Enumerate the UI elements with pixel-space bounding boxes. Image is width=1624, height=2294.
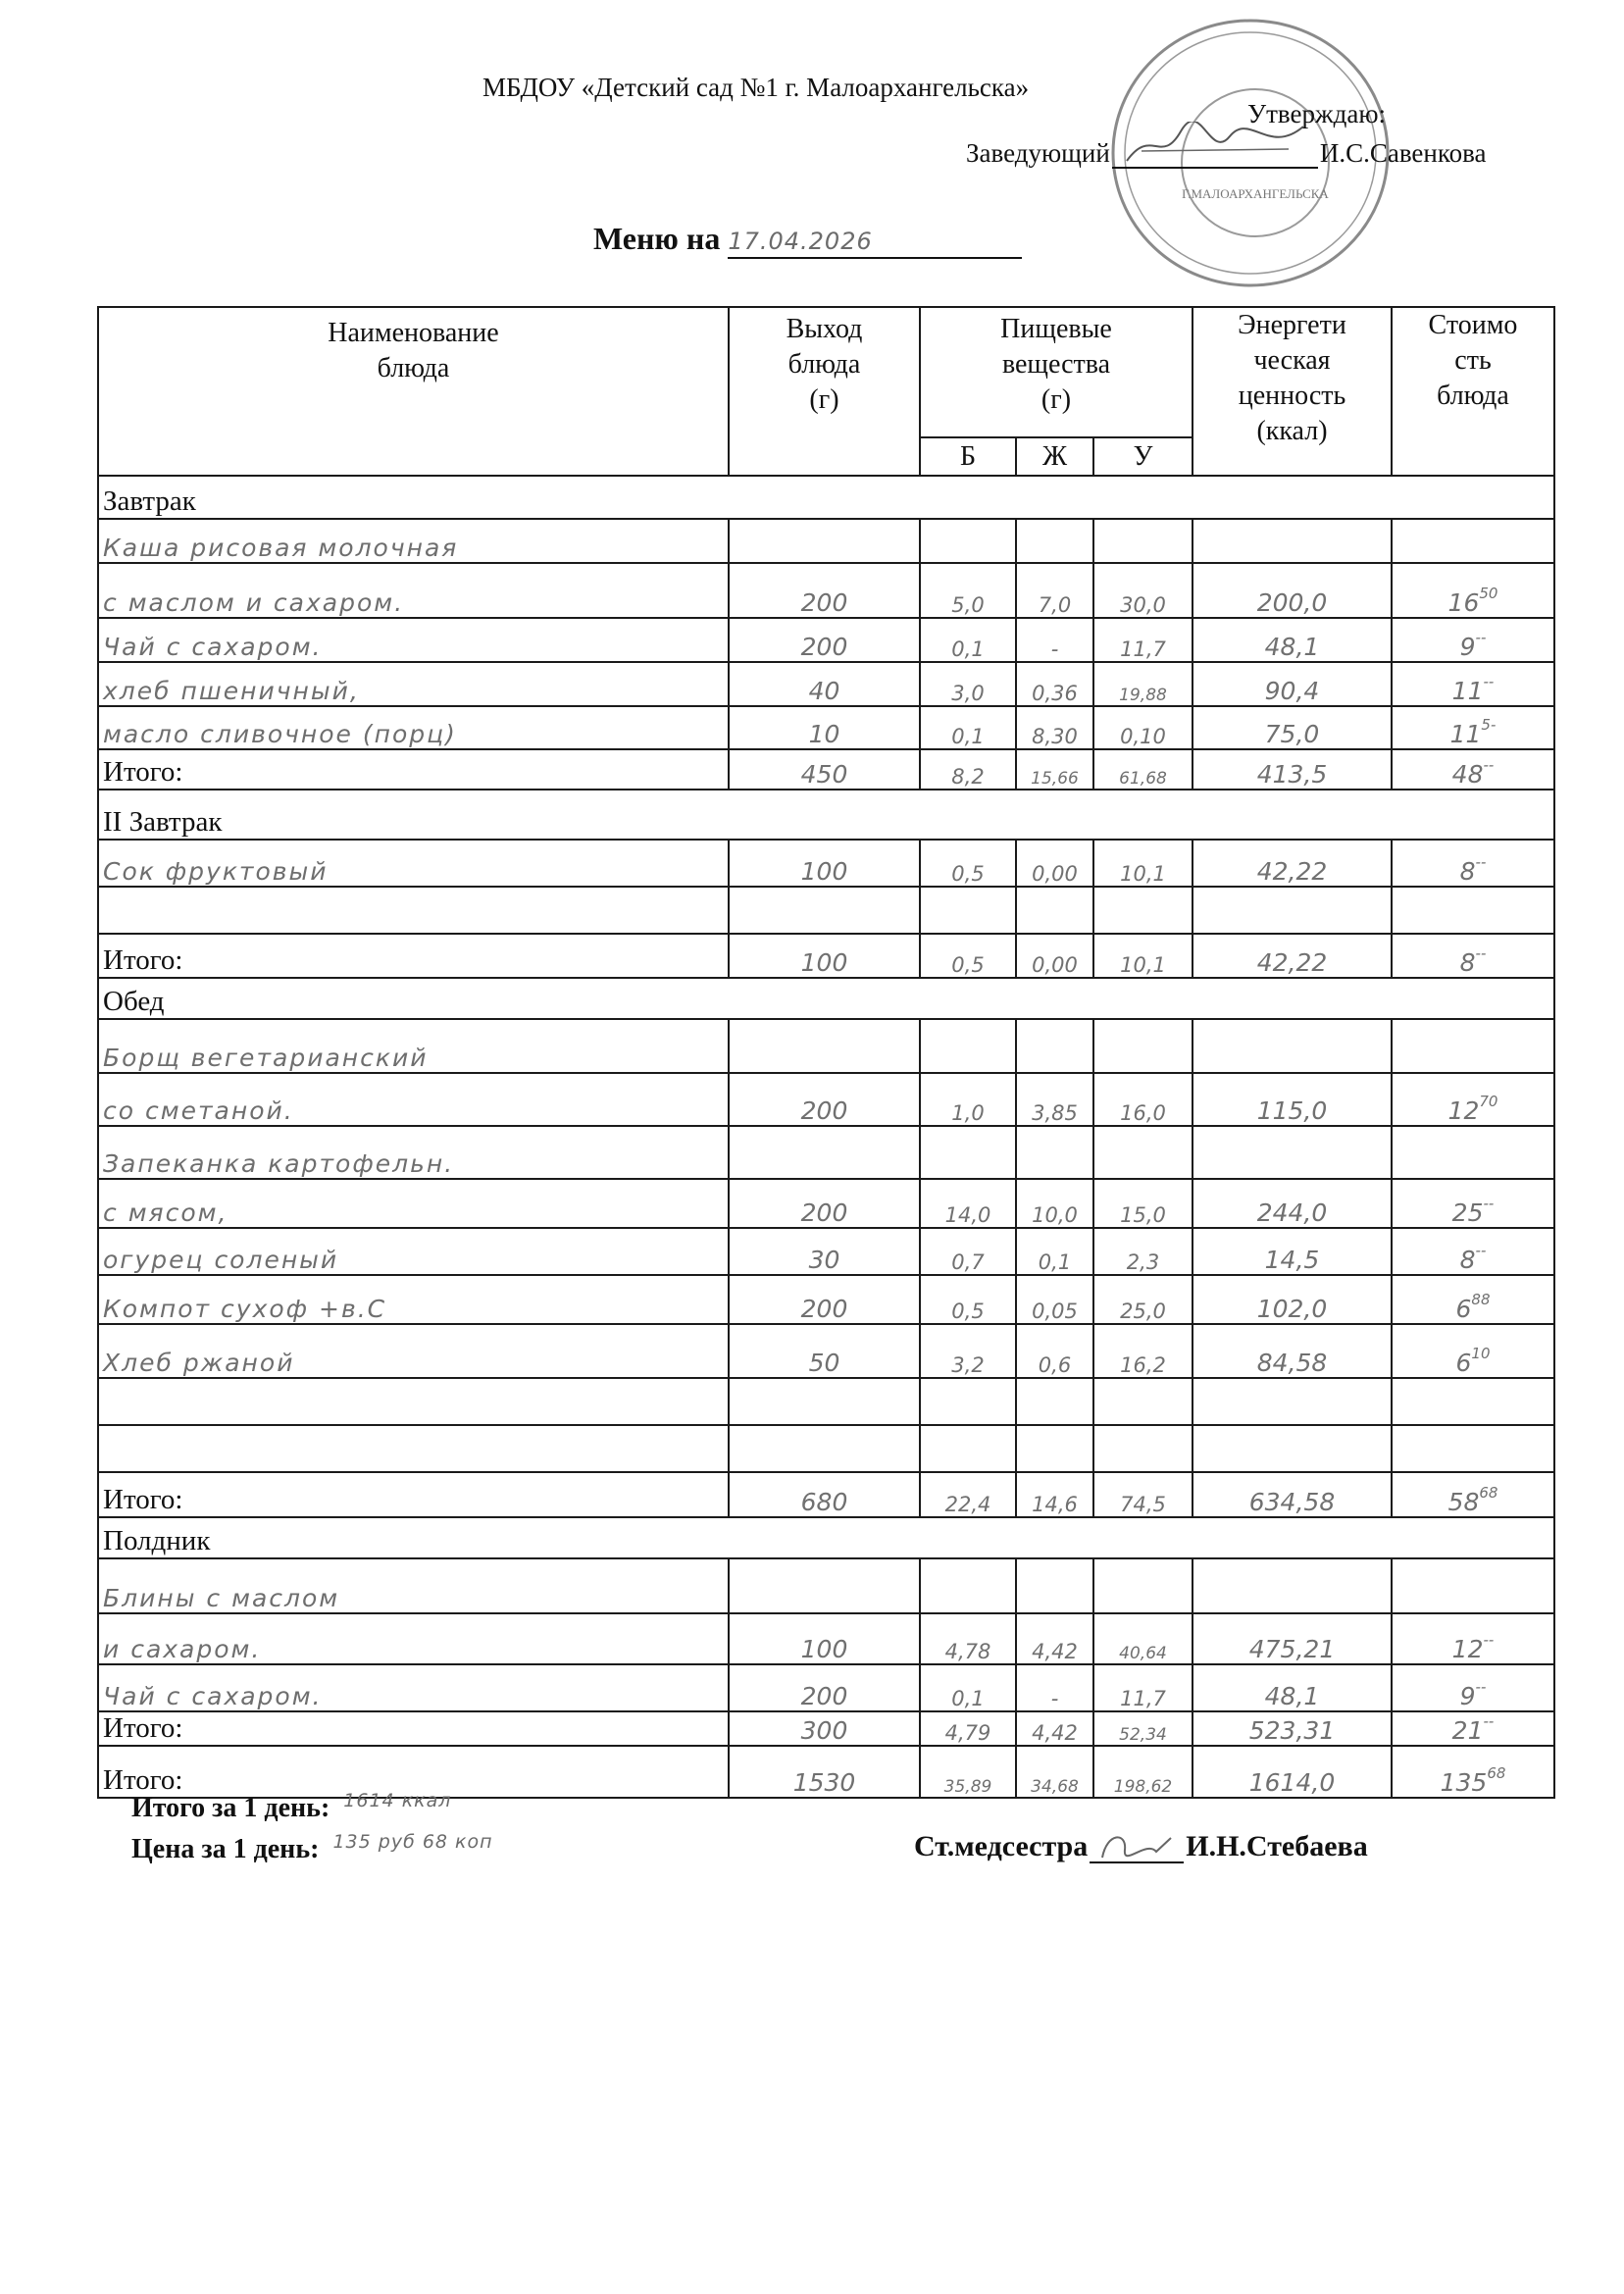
cell-carbs [1093,1019,1193,1073]
cell-yield: 10 [729,706,920,749]
cell-protein: 0,5 [920,934,1016,978]
dish-name: Каша рисовая молочная [98,519,729,563]
cell-cost: 21-- [1392,1711,1554,1746]
cell-yield: 40 [729,662,920,706]
total-label: Итого: [98,1711,729,1746]
cell-cost: 48-- [1392,749,1554,790]
cell-cost [1392,1019,1554,1073]
cell-carbs [1093,887,1193,934]
dish-name: Чай с сахаром. [98,1664,729,1711]
cell-protein: 0,1 [920,618,1016,662]
cell-fat: 3,85 [1016,1073,1093,1126]
cell-energy: 1614,0 [1193,1746,1392,1798]
cell-energy [1193,1126,1392,1179]
cell-energy: 115,0 [1193,1073,1392,1126]
cell-fat: 0,36 [1016,662,1093,706]
total-label: Итого: [98,749,729,790]
dish-name: хлеб пшеничный, [98,662,729,706]
cell-cost [1392,1558,1554,1613]
cell-cost: 115- [1392,706,1554,749]
cell-protein: 4,78 [920,1613,1016,1664]
cell-cost: 9-- [1392,1664,1554,1711]
table-row: Чай с сахаром.2000,1-11,748,19-- [98,618,1554,662]
section-title: Завтрак [98,476,1554,519]
cell-cost: 8-- [1392,840,1554,887]
cell-energy [1193,887,1392,934]
cell-fat: 7,0 [1016,563,1093,618]
cell-yield: 1530 [729,1746,920,1798]
cell-yield [729,519,920,563]
section-title: II Завтрак [98,790,1554,840]
cell-carbs: 61,68 [1093,749,1193,790]
cell-yield: 200 [729,618,920,662]
svg-text:Г.МАЛОАРХАНГЕЛЬСКА: Г.МАЛОАРХАНГЕЛЬСКА [1182,186,1329,201]
cell-fat: - [1016,1664,1093,1711]
header-protein: Б [920,437,1016,476]
table-row: и сахаром.1004,784,4240,64475,2112-- [98,1613,1554,1664]
day-total: Итого за 1 день:1614 ккал [131,1793,451,1824]
cell-cost: 5868 [1392,1472,1554,1517]
cell-energy: 42,22 [1193,934,1392,978]
cell-protein: 0,5 [920,1275,1016,1324]
grand-total-row: Итого:153035,8934,68198,621614,013568 [98,1746,1554,1798]
cell-energy [1193,1425,1392,1472]
cell-energy: 413,5 [1193,749,1392,790]
cell-protein: 5,0 [920,563,1016,618]
section-header-row: Завтрак [98,476,1554,519]
table-row: с маслом и сахаром.2005,07,030,0200,0165… [98,563,1554,618]
day-price-label: Цена за 1 день: [131,1834,319,1864]
cell-fat: 34,68 [1016,1746,1093,1798]
cell-energy: 48,1 [1193,1664,1392,1711]
cell-energy: 48,1 [1193,618,1392,662]
dish-name: Чай с сахаром. [98,618,729,662]
cell-protein: 3,2 [920,1324,1016,1378]
section-header-row: II Завтрак [98,790,1554,840]
cell-fat: 0,00 [1016,840,1093,887]
cell-protein: 14,0 [920,1179,1016,1228]
section-title: Обед [98,978,1554,1019]
head-name: И.С.Савенкова [1320,138,1487,168]
cell-cost [1392,519,1554,563]
table-row [98,887,1554,934]
cell-protein: 8,2 [920,749,1016,790]
cell-carbs [1093,1126,1193,1179]
cell-yield: 200 [729,1179,920,1228]
day-price-value: 135 руб 68 коп [332,1831,492,1853]
section-total-row: Итого:68022,414,674,5634,585868 [98,1472,1554,1517]
cell-carbs: 11,7 [1093,1664,1193,1711]
cell-carbs [1093,1425,1193,1472]
cell-cost: 1270 [1392,1073,1554,1126]
cell-protein: 1,0 [920,1073,1016,1126]
header-fat: Ж [1016,437,1093,476]
cell-yield [729,1019,920,1073]
header-carbs: У [1093,437,1193,476]
table-row: с мясом,20014,010,015,0244,025-- [98,1179,1554,1228]
cell-energy [1193,519,1392,563]
table-row: со сметаной.2001,03,8516,0115,01270 [98,1073,1554,1126]
cell-carbs: 198,62 [1093,1746,1193,1798]
cell-energy: 244,0 [1193,1179,1392,1228]
cell-energy [1193,1019,1392,1073]
cell-carbs: 11,7 [1093,618,1193,662]
day-price: Цена за 1 день:135 руб 68 коп [131,1834,493,1865]
cell-carbs: 19,88 [1093,662,1193,706]
section-header-row: Полдник [98,1517,1554,1558]
cell-yield: 450 [729,749,920,790]
section-total-row: Итого:3004,794,4252,34523,3121-- [98,1711,1554,1746]
cell-fat [1016,1019,1093,1073]
cell-carbs: 15,0 [1093,1179,1193,1228]
nurse-name: И.Н.Стебаева [1186,1830,1368,1862]
cell-protein: 22,4 [920,1472,1016,1517]
dish-name: с маслом и сахаром. [98,563,729,618]
menu-table: Наименованиеблюда Выходблюда(г) Пищевыев… [97,306,1555,1799]
table-row: Блины с маслом [98,1558,1554,1613]
cell-cost: 610 [1392,1324,1554,1378]
cell-fat: 4,42 [1016,1613,1093,1664]
header-name: Наименованиеблюда [98,307,729,476]
cell-carbs: 16,2 [1093,1324,1193,1378]
cell-energy: 523,31 [1193,1711,1392,1746]
table-row: хлеб пшеничный,403,00,3619,8890,411-- [98,662,1554,706]
organization-name: МБДОУ «Детский сад №1 г. Малоархангельск… [482,73,1029,103]
table-row: Чай с сахаром.2000,1-11,748,19-- [98,1664,1554,1711]
cell-protein [920,1378,1016,1425]
cell-yield [729,1126,920,1179]
cell-carbs: 52,34 [1093,1711,1193,1746]
cell-energy: 475,21 [1193,1613,1392,1664]
dish-name: со сметаной. [98,1073,729,1126]
cell-yield: 200 [729,1073,920,1126]
section-header-row: Обед [98,978,1554,1019]
cell-fat: 0,1 [1016,1228,1093,1275]
cell-energy: 42,22 [1193,840,1392,887]
cell-protein [920,1425,1016,1472]
cell-protein: 0,7 [920,1228,1016,1275]
table-row: Компот сухоф +в.С2000,50,0525,0102,0688 [98,1275,1554,1324]
cell-fat [1016,1126,1093,1179]
cell-yield: 300 [729,1711,920,1746]
cell-energy: 75,0 [1193,706,1392,749]
cell-protein [920,519,1016,563]
cell-carbs: 10,1 [1093,934,1193,978]
cell-cost: 8-- [1392,934,1554,978]
cell-yield: 100 [729,1613,920,1664]
dish-name: с мясом, [98,1179,729,1228]
cell-fat: 8,30 [1016,706,1093,749]
cell-yield: 50 [729,1324,920,1378]
nurse-role: Ст.медсестра [914,1830,1088,1862]
cell-yield [729,887,920,934]
cell-cost [1392,887,1554,934]
cell-cost: 11-- [1392,662,1554,706]
header-cost: Стоимостьблюда [1392,307,1554,476]
cell-yield: 100 [729,934,920,978]
cell-protein: 0,1 [920,1664,1016,1711]
cell-energy: 102,0 [1193,1275,1392,1324]
section-title: Полдник [98,1517,1554,1558]
cell-cost: 13568 [1392,1746,1554,1798]
cell-protein [920,887,1016,934]
table-row [98,1378,1554,1425]
cell-yield: 680 [729,1472,920,1517]
dish-name: Борщ вегетарианский [98,1019,729,1073]
cell-fat: 0,6 [1016,1324,1093,1378]
dish-name [98,887,729,934]
cell-energy: 90,4 [1193,662,1392,706]
cell-yield: 200 [729,1664,920,1711]
nurse-signature-block: Ст.медсестраИ.Н.Стебаева [914,1830,1368,1863]
cell-carbs: 30,0 [1093,563,1193,618]
dish-name [98,1425,729,1472]
total-label: Итого: [98,1472,729,1517]
dish-name: Блины с маслом [98,1558,729,1613]
cell-carbs: 0,10 [1093,706,1193,749]
cell-yield [729,1378,920,1425]
table-row: огурец соленый300,70,12,314,58-- [98,1228,1554,1275]
cell-fat: 0,05 [1016,1275,1093,1324]
cell-energy: 634,58 [1193,1472,1392,1517]
cell-yield: 200 [729,1275,920,1324]
cell-fat: 4,42 [1016,1711,1093,1746]
table-row: Запеканка картофельн. [98,1126,1554,1179]
cell-energy [1193,1378,1392,1425]
cell-protein: 3,0 [920,662,1016,706]
signature-icon [1122,122,1308,167]
head-role: Заведующий [966,138,1110,168]
cell-protein: 4,79 [920,1711,1016,1746]
cell-cost: 12-- [1392,1613,1554,1664]
total-label: Итого: [98,934,729,978]
head-signature [1112,143,1318,169]
dish-name [98,1378,729,1425]
head-approval: ЗаведующийИ.С.Савенкова [966,138,1486,169]
cell-carbs: 16,0 [1093,1073,1193,1126]
cell-energy: 200,0 [1193,563,1392,618]
table-row [98,1425,1554,1472]
dish-name: Компот сухоф +в.С [98,1275,729,1324]
dish-name: Сок фруктовый [98,840,729,887]
cell-yield [729,1425,920,1472]
day-total-label: Итого за 1 день: [131,1793,330,1823]
cell-cost [1392,1378,1554,1425]
cell-fat: 10,0 [1016,1179,1093,1228]
header-nutrients: Пищевыевещества(г) [920,307,1193,437]
cell-carbs: 2,3 [1093,1228,1193,1275]
cell-energy: 14,5 [1193,1228,1392,1275]
cell-fat: 0,00 [1016,934,1093,978]
cell-fat: 14,6 [1016,1472,1093,1517]
cell-fat: - [1016,618,1093,662]
cell-carbs [1093,519,1193,563]
cell-cost [1392,1126,1554,1179]
cell-carbs: 25,0 [1093,1275,1193,1324]
cell-yield: 200 [729,563,920,618]
menu-label: Меню на [593,221,720,256]
cell-carbs: 74,5 [1093,1472,1193,1517]
cell-fat: 15,66 [1016,749,1093,790]
cell-protein [920,1558,1016,1613]
cell-yield [729,1558,920,1613]
menu-title: Меню на17.04.2026 [593,221,1022,259]
cell-energy [1193,1558,1392,1613]
section-total-row: Итого:1000,50,0010,142,228-- [98,934,1554,978]
cell-protein [920,1019,1016,1073]
cell-carbs [1093,1378,1193,1425]
dish-name: Запеканка картофельн. [98,1126,729,1179]
table-row: масло сливочное (порц)100,18,300,1075,01… [98,706,1554,749]
dish-name: масло сливочное (порц) [98,706,729,749]
cell-yield: 30 [729,1228,920,1275]
cell-protein: 0,5 [920,840,1016,887]
table-row: Борщ вегетарианский [98,1019,1554,1073]
cell-carbs: 40,64 [1093,1613,1193,1664]
cell-fat [1016,519,1093,563]
dish-name: огурец соленый [98,1228,729,1275]
table-row: Хлеб ржаной503,20,616,284,58610 [98,1324,1554,1378]
header-energy: Энергетическаяценность(ккал) [1193,307,1392,476]
signature-icon [1097,1830,1176,1861]
cell-cost: 9-- [1392,618,1554,662]
cell-cost: 25-- [1392,1179,1554,1228]
cell-carbs [1093,1558,1193,1613]
table-row: Каша рисовая молочная [98,519,1554,563]
cell-protein: 0,1 [920,706,1016,749]
cell-cost: 688 [1392,1275,1554,1324]
cell-fat [1016,1378,1093,1425]
nurse-signature [1090,1836,1184,1863]
dish-name: и сахаром. [98,1613,729,1664]
cell-protein [920,1126,1016,1179]
cell-carbs: 10,1 [1093,840,1193,887]
dish-name: Хлеб ржаной [98,1324,729,1378]
cell-cost [1392,1425,1554,1472]
cell-energy: 84,58 [1193,1324,1392,1378]
cell-fat [1016,1558,1093,1613]
table-row: Сок фруктовый1000,50,0010,142,228-- [98,840,1554,887]
cell-protein: 35,89 [920,1746,1016,1798]
cell-fat [1016,1425,1093,1472]
cell-cost: 8-- [1392,1228,1554,1275]
day-total-value: 1614 ккал [343,1790,451,1811]
cell-cost: 1650 [1392,563,1554,618]
menu-date: 17.04.2026 [728,228,872,255]
cell-yield: 100 [729,840,920,887]
section-total-row: Итого:4508,215,6661,68413,548-- [98,749,1554,790]
header-yield: Выходблюда(г) [729,307,920,476]
cell-fat [1016,887,1093,934]
